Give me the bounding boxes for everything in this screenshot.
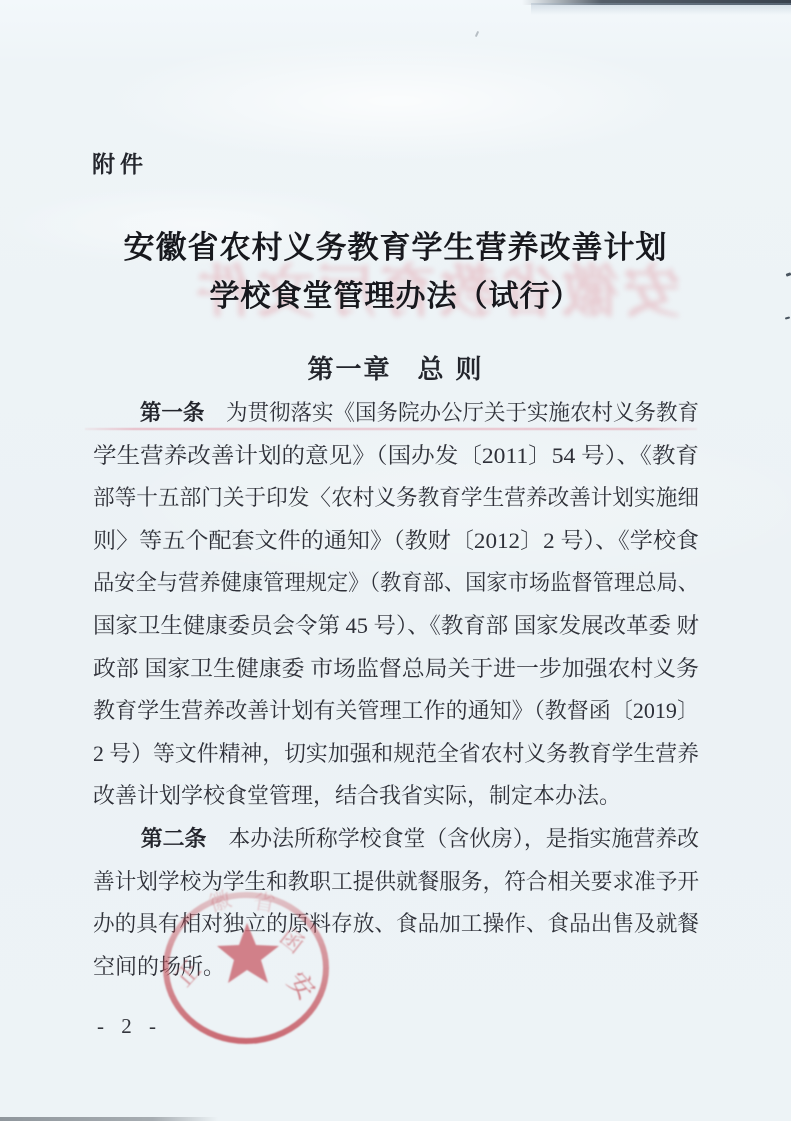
body-text-line: 品安全与营养健康管理规定》（教育部、国家市场监督管理总局、 (93, 562, 699, 605)
line-text: 国家卫生健康委员会令第 45 号）、《教育部 国家发展改革委 财 (93, 613, 699, 638)
line-text: 改善计划学校食堂管理，结合我省实际，制定本办法。 (93, 783, 621, 808)
body-text-line: 办的具有相对独立的原料存放、食品加工操作、食品出售及就餐 (93, 903, 699, 946)
line-text: 空间的场所。 (93, 954, 225, 979)
body-text-line: 第二条本办法所称学校食堂（含伙房），是指实施营养改 (93, 818, 699, 861)
line-text: 则〉等五个配套文件的通知》（教财〔2012〕2 号）、《学校食 (93, 528, 699, 553)
body-text-line: 学生营养改善计划的意见》（国办发〔2011〕54 号）、《教育 (93, 435, 699, 478)
document-title-line1: 安徽省农村义务教育学生营养改善计划 (0, 222, 791, 267)
line-text: 善计划学校为学生和教职工提供就餐服务，符合相关要求准予开 (93, 869, 699, 894)
article-lead: 第一条 (140, 400, 205, 425)
chapter-number: 第一章 (307, 355, 391, 384)
body-text-line: 空间的场所。 (93, 946, 699, 989)
body-text-line: 政部 国家卫生健康委 市场监督总局关于进一步加强农村义务 (93, 648, 699, 691)
chapter-heading: 第一章总则 (0, 349, 791, 386)
scan-edge-bottom (0, 1117, 218, 1121)
article-lead: 第二条 (141, 826, 207, 851)
body-text: 第一条为贯彻落实《国务院办公厅关于实施农村义务教育 学生营养改善计划的意见》（国… (93, 392, 699, 988)
line-text: 部等十五部门关于印发〈农村义务教育学生营养改善计划实施细 (93, 485, 699, 510)
body-text-line: 则〉等五个配套文件的通知》（教财〔2012〕2 号）、《学校食 (93, 520, 699, 563)
chapter-title-part1: 总 (417, 355, 445, 384)
body-text-line: 国家卫生健康委员会令第 45 号）、《教育部 国家发展改革委 财 (93, 605, 699, 648)
body-text-line: 教育学生营养改善计划有关管理工作的通知》（教督函〔2019〕 (93, 690, 699, 733)
scan-speck (475, 31, 479, 37)
body-text-line: 改善计划学校食堂管理，结合我省实际，制定本办法。 (93, 775, 699, 818)
line-text: 办的具有相对独立的原料存放、食品加工操作、食品出售及就餐 (93, 911, 699, 936)
line-text: 2 号）等文件精神，切实加强和规范全省农村义务教育学生营养 (93, 741, 699, 766)
document-title-line2: 学校食堂管理办法（试行） (0, 271, 791, 315)
line-text: 学生营养改善计划的意见》（国办发〔2011〕54 号）、《教育 (93, 443, 699, 468)
line-text: 教育学生营养改善计划有关管理工作的通知》（教督函〔2019〕 (93, 698, 699, 723)
scan-speck (785, 316, 790, 319)
line-text: 品安全与营养健康管理规定》（教育部、国家市场监督管理总局、 (93, 570, 699, 595)
line-text: 本办法所称学校食堂（含伙房），是指实施营养改 (228, 826, 699, 851)
body-text-line: 2 号）等文件精神，切实加强和规范全省农村义务教育学生营养 (93, 733, 699, 776)
scan-edge-top-shadow (531, 3, 791, 15)
body-text-line: 善计划学校为学生和教职工提供就餐服务，符合相关要求准予开 (93, 861, 699, 904)
attachment-label: 附件 (92, 146, 148, 179)
body-text-line: 部等十五部门关于印发〈农村义务教育学生营养改善计划实施细 (93, 477, 699, 520)
body-text-line: 第一条为贯彻落实《国务院办公厅关于实施农村义务教育 (93, 392, 699, 435)
chapter-title-part2: 则 (456, 355, 484, 384)
line-text: 政部 国家卫生健康委 市场监督总局关于进一步加强农村义务 (93, 656, 699, 681)
line-text: 为贯彻落实《国务院办公厅关于实施农村义务教育 (226, 400, 699, 425)
page-number: - 2 - (97, 1014, 162, 1039)
document-page: 安徽省教育厅文件 附件 安徽省农村义务教育学生营养改善计划 学校食堂管理办法（试… (0, 0, 791, 1121)
